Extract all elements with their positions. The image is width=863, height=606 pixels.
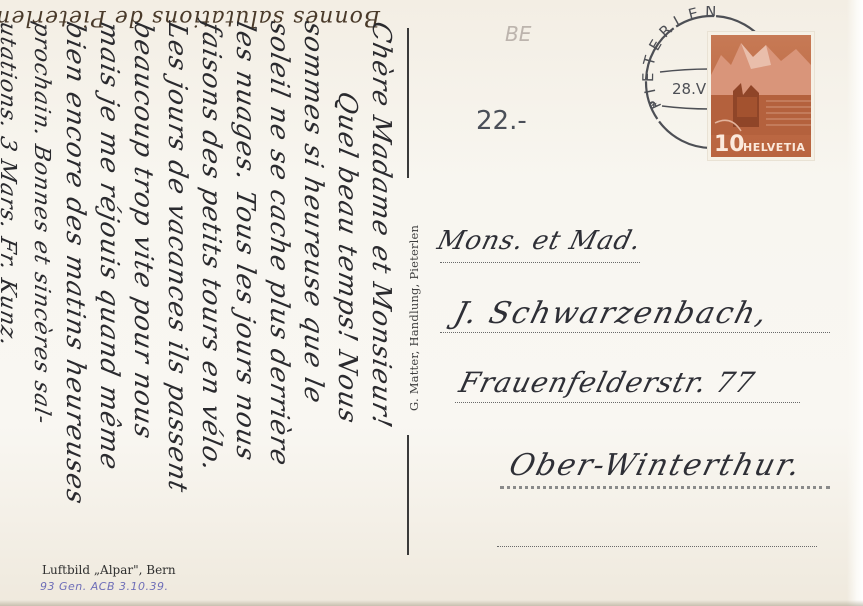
- handwritten-message: Chère Madame et Monsieur! Quel beau temp…: [0, 22, 398, 582]
- address-line-street: Frauenfelderstr. 77: [456, 366, 759, 399]
- address-rule: [455, 402, 800, 403]
- message-line: prochain. Bonnes et sincères sal-: [24, 18, 58, 585]
- address-line-recipient: Mons. et Mad.: [434, 226, 645, 256]
- message-line: utations. 3 Mars. Fr. Kunz.: [0, 18, 24, 585]
- message-line: faisons des petits tours en vélo.: [194, 18, 228, 585]
- address-line-city: Ober-Winterthur.: [506, 448, 806, 483]
- message-line: Chère Madame et Monsieur!: [364, 18, 398, 585]
- address-rule: [440, 332, 830, 333]
- censor-stamp: 93 Gen. ACB 3.10.39.: [40, 580, 168, 593]
- message-line: Quel beau temps! Nous: [330, 18, 364, 585]
- stamp-value: 10: [714, 134, 745, 156]
- photo-credit: Luftbild „Alpar", Bern: [42, 563, 176, 577]
- postcard: Bonnes salutations de Pieterlen Chère Ma…: [0, 0, 863, 606]
- message-line: sommes si heureuse que le: [296, 18, 330, 585]
- address-rule: [440, 262, 640, 263]
- pencil-note: BE: [505, 22, 531, 46]
- message-line: mais je me réjouis quand même: [92, 18, 126, 585]
- message-line: soleil ne se cache plus derrière: [262, 18, 296, 585]
- postage-stamp: 10 HELVETIA: [708, 32, 814, 160]
- pencil-price: 22.-: [476, 106, 527, 136]
- address-rule: [500, 486, 830, 489]
- message-line: Les jours de vacances ils passent: [160, 18, 194, 585]
- address-line-name: J. Schwarzenbach,: [451, 296, 773, 331]
- divider-line: [407, 435, 409, 555]
- stamp-country: HELVETIA: [743, 141, 805, 154]
- address-rule: [497, 546, 817, 547]
- message-line: bien encore des matins heureuses: [58, 18, 92, 585]
- message-line: beaucoup trop vite pour nous: [126, 18, 160, 585]
- divider-line: [407, 28, 409, 178]
- publisher-imprint: G. Matter, Handlung, Pieterlen: [407, 191, 427, 411]
- card-edge: [847, 0, 863, 606]
- message-line: les nuages. Tous les jours nous: [228, 18, 262, 585]
- svg-text:*: *: [650, 100, 657, 116]
